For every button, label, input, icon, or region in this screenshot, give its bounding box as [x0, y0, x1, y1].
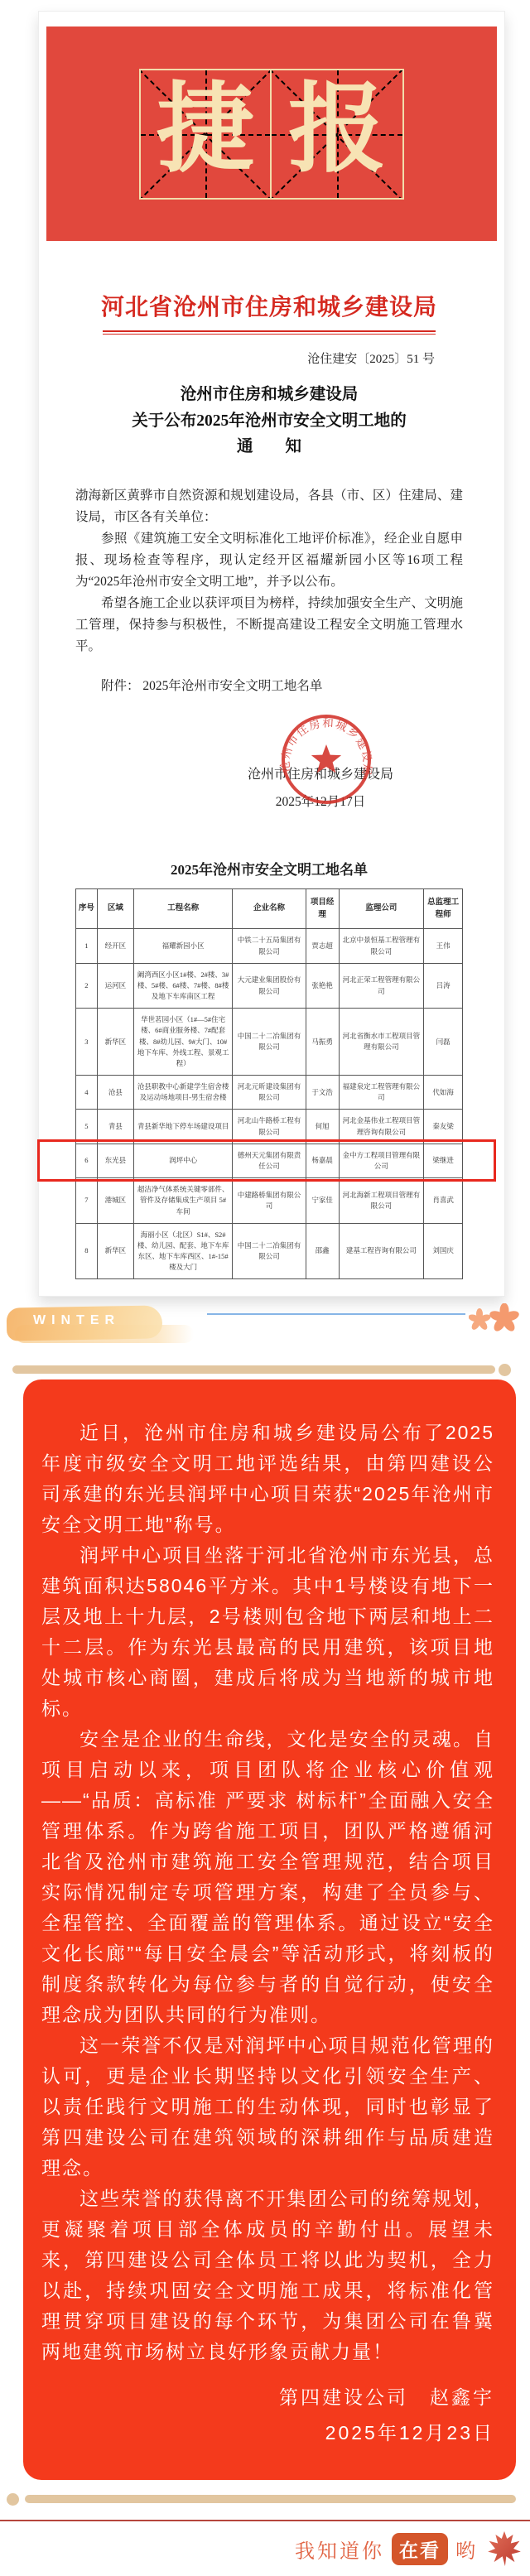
- table-row: 2运河区阚湾西区小区1#楼、2#楼、3#楼、5#楼、6#楼、7#楼、8#楼及地下…: [76, 963, 463, 1009]
- table-cell: 大元建业集团股份有限公司: [233, 963, 306, 1009]
- table-cell: 中建路桥集团有限公司: [233, 1178, 306, 1224]
- table-cell: 代如海: [424, 1076, 463, 1110]
- table-cell: 8: [76, 1223, 98, 1279]
- article-paragraph: 这一荣誉不仅是对润坪中心项目规范化管理的认可，更是企业长期坚持以文化引领安全生产…: [41, 2030, 494, 2184]
- table-cell: 海丽小区（北区）S1#、S2#楼、幼儿园、配套、地下车库东区、地下车库西区、1#…: [134, 1223, 233, 1279]
- article-body: 近日，沧州市住房和城乡建设局公布了2025年度市级安全文明工地评选结果，由第四建…: [23, 1379, 516, 2480]
- doc-title-line: 关于公布2025年沧州市安全文明工地的: [75, 408, 463, 435]
- table-cell: 河北省衡水市工程项目管理有限公司: [339, 1009, 424, 1076]
- table-cell: 杨嘉晨: [306, 1144, 339, 1177]
- table-row: 1经开区福耀新园小区中铁二十五局集团有限公司贾志超北京中景恒基工程管理有限公司王…: [76, 929, 463, 963]
- agency-header: 河北省沧州市住房和城乡建设局: [75, 289, 463, 322]
- table-cell: 青县: [97, 1110, 133, 1144]
- col-header: 工程名称: [134, 888, 233, 928]
- table-cell: 沧县职教中心新建学生宿舍楼及运动场地项目-男生宿舍楼: [134, 1076, 233, 1110]
- table-cell: 马振勇: [306, 1009, 339, 1076]
- table-cell: 邵鑫: [306, 1223, 339, 1279]
- table-cell: 王伟: [424, 929, 463, 963]
- table-cell: 华世茗园小区（1#—5#住宅楼、6#商业服务楼、7#配套楼、8#幼儿园、9#大门…: [134, 1009, 233, 1076]
- official-stamp-icon: 沧州市住房和城乡建设局: [279, 712, 373, 807]
- table-cell: 3: [76, 1009, 98, 1076]
- article-paragraph: 近日，沧州市住房和城乡建设局公布了2025年度市级安全文明工地评选结果，由第四建…: [41, 1418, 494, 1540]
- table-cell: 闫磊: [424, 1009, 463, 1076]
- table-cell: 6: [76, 1144, 98, 1177]
- worksite-table: 序号 区域 工程名称 企业名称 项目经理 监理公司 总监理工程师 1经开区福耀新…: [75, 888, 463, 1279]
- table-cell: 河北金基伟业工程项目管理咨询有限公司: [339, 1110, 424, 1144]
- col-header: 序号: [76, 888, 98, 928]
- table-row: 7港城区超洁净气体系统关键零部件、管件及存储集成生产项目 5#车间中建路桥集团有…: [76, 1178, 463, 1224]
- table-cell: 金中方工程项目管理有限公司: [339, 1144, 424, 1177]
- table-row: 5青县青县新华地下停车场建设项目河北山牛路桥工程有限公司何旭河北金基伟业工程项目…: [76, 1110, 463, 1144]
- table-cell: 河北山牛路桥工程有限公司: [233, 1110, 306, 1144]
- table-cell: 东光县: [97, 1144, 133, 1177]
- bottom-divider: [0, 2492, 530, 2516]
- table-cell: 7: [76, 1178, 98, 1224]
- table-cell: 中国二十二冶集团有限公司: [233, 1009, 306, 1076]
- table-cell: 河北正荣工程管理有限公司: [339, 963, 424, 1009]
- doc-title-line: 沧州市住房和城乡建设局: [75, 382, 463, 408]
- table-cell: 运河区: [97, 963, 133, 1009]
- worksite-table-title: 2025年沧州市安全文明工地名单: [75, 858, 463, 879]
- col-header: 区域: [97, 888, 133, 928]
- footer-text-after: 哟: [455, 2535, 478, 2564]
- doc-paragraphs: 渤海新区黄骅市自然资源和规划建设局，各县（市、区）住建局、建设局，市区各有关单位…: [75, 485, 463, 657]
- table-cell: 宁家佳: [306, 1178, 339, 1224]
- table-cell: 贾志超: [306, 929, 339, 963]
- table-header-row: 序号 区域 工程名称 企业名称 项目经理 监理公司 总监理工程师: [76, 888, 463, 928]
- tan-divider-bar: [12, 1365, 495, 1374]
- table-cell: 张艳艳: [306, 963, 339, 1009]
- calligraphy-char-jie: 捷: [157, 81, 254, 179]
- table-cell: 何旭: [306, 1110, 339, 1144]
- footer: 我知道你 在看 哟: [0, 2521, 530, 2576]
- table-cell: 超洁净气体系统关键零部件、管件及存储集成生产项目 5#车间: [134, 1178, 233, 1224]
- table-cell: 北京中景恒基工程管理有限公司: [339, 929, 424, 963]
- signature-area: 沧州市住房和城乡建设局 2025年12月17日 沧州市住房和城乡建设局: [75, 717, 463, 856]
- jiebao-banner: 捷 报: [46, 26, 497, 241]
- table-row: 4沧县沧县职教中心新建学生宿舍楼及运动场地项目-男生宿舍楼河北元昕建设集团有限公…: [76, 1076, 463, 1110]
- article-signature: 第四建设公司 赵鑫宇: [41, 2382, 494, 2413]
- col-header: 总监理工程师: [424, 888, 463, 928]
- maple-leaf-icon: [485, 2530, 523, 2568]
- table-cell: 润坪中心: [134, 1144, 233, 1177]
- doc-title-line: 通 知: [75, 434, 463, 460]
- doc-title: 沧州市住房和城乡建设局 关于公布2025年沧州市安全文明工地的 通 知: [75, 382, 463, 460]
- worksite-table-wrap: 序号 区域 工程名称 企业名称 项目经理 监理公司 总监理工程师 1经开区福耀新…: [75, 888, 463, 1279]
- doc-paragraph-addressee: 渤海新区黄骅市自然资源和规划建设局，各县（市、区）住建局、建设局，市区各有关单位…: [75, 485, 463, 528]
- table-cell: 刘国庆: [424, 1223, 463, 1279]
- table-cell: 港城区: [97, 1178, 133, 1224]
- article-paragraph: 安全是企业的生命线，文化是安全的灵魂。自项目启动以来，项目团队将企业核心价值观—…: [41, 1724, 494, 2030]
- flower-icon: [469, 1303, 520, 1338]
- blue-line-decoration: [207, 1313, 465, 1315]
- table-cell: 福建泉定工程管理有限公司: [339, 1076, 424, 1110]
- table-cell: 秦友梁: [424, 1110, 463, 1144]
- tan-divider-bar: [25, 2495, 516, 2503]
- mi-grid-box: 报: [272, 69, 404, 200]
- table-cell: 福耀新园小区: [134, 929, 233, 963]
- article-date: 2025年12月23日: [41, 2418, 494, 2448]
- tan-divider-dot: [7, 2493, 19, 2506]
- table-cell: 河北海新工程项目管理有限公司: [339, 1178, 424, 1224]
- table-cell: 于文浩: [306, 1076, 339, 1110]
- table-cell: 4: [76, 1076, 98, 1110]
- table-cell: 经开区: [97, 929, 133, 963]
- table-cell: 1: [76, 929, 98, 963]
- table-cell: 中铁二十五局集团有限公司: [233, 929, 306, 963]
- table-cell: 青县新华地下停车场建设项目: [134, 1110, 233, 1144]
- doc-paragraph: 参照《建筑施工安全文明标准化工地评价标准》，经企业自愿申报、现场检查等程序，现认…: [75, 528, 463, 593]
- attachment-line: 附件： 2025年沧州市安全文明工地名单: [75, 676, 463, 694]
- table-cell: 河北元昕建设集团有限公司: [233, 1076, 306, 1110]
- table-row: 6东光县润坪中心德州天元集团有限责任公司杨嘉晨金中方工程项目管理有限公司梁继进: [76, 1144, 463, 1177]
- calligraphy-char-bao: 报: [288, 81, 386, 179]
- doc-paragraph: 希望各施工企业以获评项目为榜样，持续加强安全生产、文明施工管理，保持参与积极性，…: [75, 593, 463, 657]
- official-document-image: 捷 报 河北省沧州市住房和城乡建设局 沧住建安〔2025〕51 号 沧州市住房和…: [38, 11, 505, 1297]
- article-paragraph: 这些荣誉的获得离不开集团公司的统筹规划，更凝聚着项目部全体成员的辛勤付出。展望未…: [41, 2184, 494, 2367]
- table-cell: 阚湾西区小区1#楼、2#楼、3#楼、5#楼、6#楼、7#楼、8#楼及地下车库南区…: [134, 963, 233, 1009]
- article-paragraph: 润坪中心项目坐落于河北省沧州市东光县，总建筑面积达58046平方米。其中1号楼设…: [41, 1540, 494, 1724]
- table-row: 8新华区海丽小区（北区）S1#、S2#楼、幼儿园、配套、地下车库东区、地下车库西…: [76, 1223, 463, 1279]
- worksite-table-body: 1经开区福耀新园小区中铁二十五局集团有限公司贾志超北京中景恒基工程管理有限公司王…: [76, 929, 463, 1279]
- zaikan-badge[interactable]: 在看: [392, 2533, 448, 2565]
- table-cell: 5: [76, 1110, 98, 1144]
- col-header: 项目经理: [306, 888, 339, 928]
- table-row: 3新华区华世茗园小区（1#—5#住宅楼、6#商业服务楼、7#配套楼、8#幼儿园、…: [76, 1009, 463, 1076]
- winter-divider-strip: WINTER: [0, 1297, 530, 1379]
- col-header: 企业名称: [233, 888, 306, 928]
- table-cell: 建基工程咨询有限公司: [339, 1223, 424, 1279]
- table-cell: 肖喜武: [424, 1178, 463, 1224]
- season-label: WINTER: [33, 1313, 120, 1328]
- red-double-rule: [103, 330, 436, 335]
- footer-text-before: 我知道你: [295, 2535, 384, 2564]
- doc-number: 沧住建安〔2025〕51 号: [75, 349, 463, 367]
- table-cell: 德州天元集团有限责任公司: [233, 1144, 306, 1177]
- tan-divider-dot: [499, 1364, 511, 1376]
- calligraphy-grid: 捷 报: [139, 69, 404, 200]
- table-cell: 中国二十二冶集团有限公司: [233, 1223, 306, 1279]
- table-cell: 沧县: [97, 1076, 133, 1110]
- table-cell: 吕涛: [424, 963, 463, 1009]
- table-cell: 2: [76, 963, 98, 1009]
- table-cell: 新华区: [97, 1223, 133, 1279]
- table-cell: 梁继进: [424, 1144, 463, 1177]
- col-header: 监理公司: [339, 888, 424, 928]
- table-cell: 新华区: [97, 1009, 133, 1076]
- mi-grid-box: 捷: [139, 69, 272, 200]
